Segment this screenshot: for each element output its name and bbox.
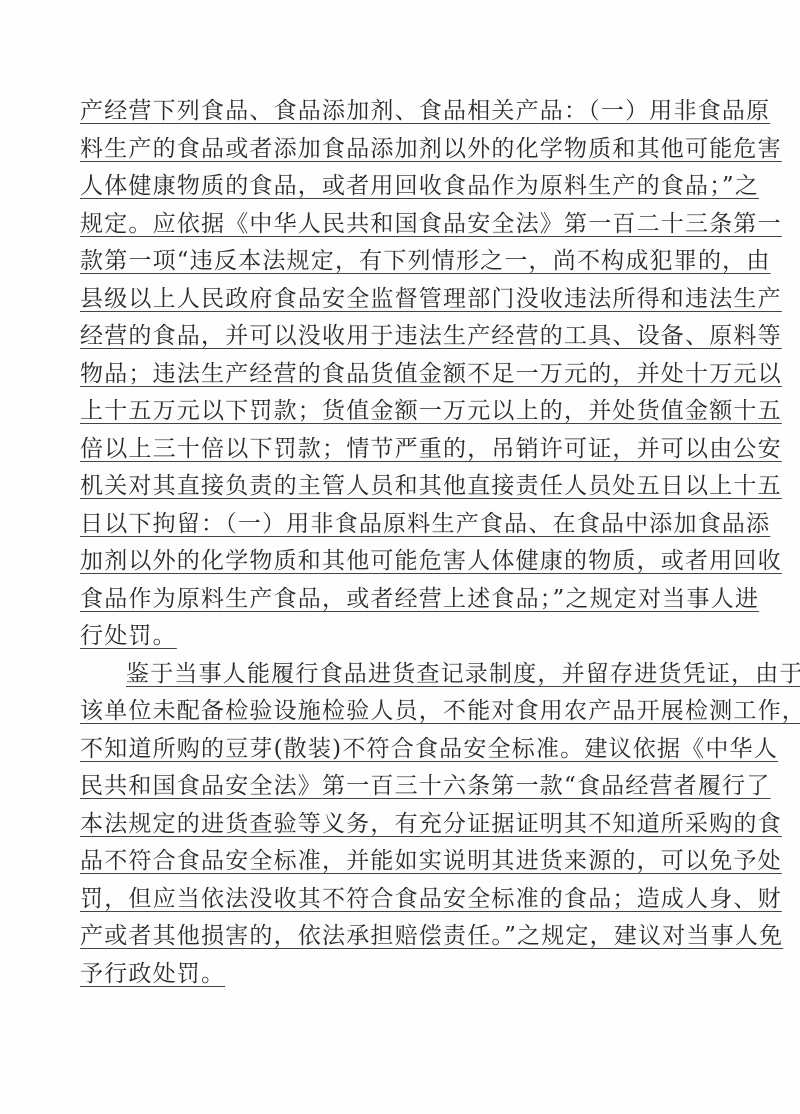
text-line: 品不符合食品安全标准，并能如实说明其进货来源的，可以免予处: [80, 843, 708, 881]
text-line: 规定。应依据《中华人民共和国食品安全法》第一百二十三条第一: [80, 206, 708, 244]
text-line: 款第一项“违反本法规定，有下列情形之一，尚不构成犯罪的，由: [80, 243, 708, 281]
text-line: 人体健康物质的食品，或者用回收食品作为原料生产的食品；”之: [80, 168, 708, 206]
text-line: 料生产的食品或者添加食品添加剂以外的化学物质和其他可能危害: [80, 131, 708, 169]
text-line: 倍以上三十倍以下罚款；情节严重的，吊销许可证，并可以由公安: [80, 431, 708, 469]
text-line: 经营的食品，并可以没收用于违法生产经营的工具、设备、原料等: [80, 318, 708, 356]
text-line: 上十五万元以下罚款；货值金额一万元以上的，并处货值金额十五: [80, 393, 708, 431]
text-line: 加剂以外的化学物质和其他可能危害人体健康的物质，或者用回收: [80, 543, 708, 581]
text-line-paragraph-end: 行处罚。: [80, 618, 708, 656]
text-line-paragraph-end: 予行政处罚。: [80, 956, 708, 994]
text-line: 产或者其他损害的，依法承担赔偿责任。”之规定，建议对当事人免: [80, 918, 708, 956]
text-line: 物品；违法生产经营的食品货值金额不足一万元的，并处十万元以: [80, 356, 708, 394]
text-line: 该单位未配备检验设施检验人员，不能对食用农产品开展检测工作，: [80, 693, 708, 731]
text-line: 民共和国食品安全法》第一百三十六条第一款“食品经营者履行了: [80, 768, 708, 806]
text-line: 食品作为原料生产食品，或者经营上述食品；”之规定对当事人进: [80, 581, 708, 619]
text-line: 县级以上人民政府食品安全监督管理部门没收违法所得和违法生产: [80, 281, 708, 319]
text-line: 机关对其直接负责的主管人员和其他直接责任人员处五日以上十五: [80, 468, 708, 506]
text-line: 日以下拘留：（一）用非食品原料生产食品、在食品中添加食品添: [80, 506, 708, 544]
text-line-paragraph-start: 鉴于当事人能履行食品进货查记录制度，并留存进货凭证，由于: [80, 656, 708, 694]
text-line: 本法规定的进货查验等义务，有充分证据证明其不知道所采购的食: [80, 806, 708, 844]
document-page: 产经营下列食品、食品添加剂、食品相关产品：（一）用非食品原 料生产的食品或者添加…: [0, 0, 800, 1114]
document-body: 产经营下列食品、食品添加剂、食品相关产品：（一）用非食品原 料生产的食品或者添加…: [80, 93, 708, 993]
text-line: 不知道所购的豆芽(散装)不符合食品安全标准。建议依据《中华人: [80, 731, 708, 769]
text-line: 产经营下列食品、食品添加剂、食品相关产品：（一）用非食品原: [80, 93, 708, 131]
text-line: 罚，但应当依法没收其不符合食品安全标准的食品；造成人身、财: [80, 881, 708, 919]
